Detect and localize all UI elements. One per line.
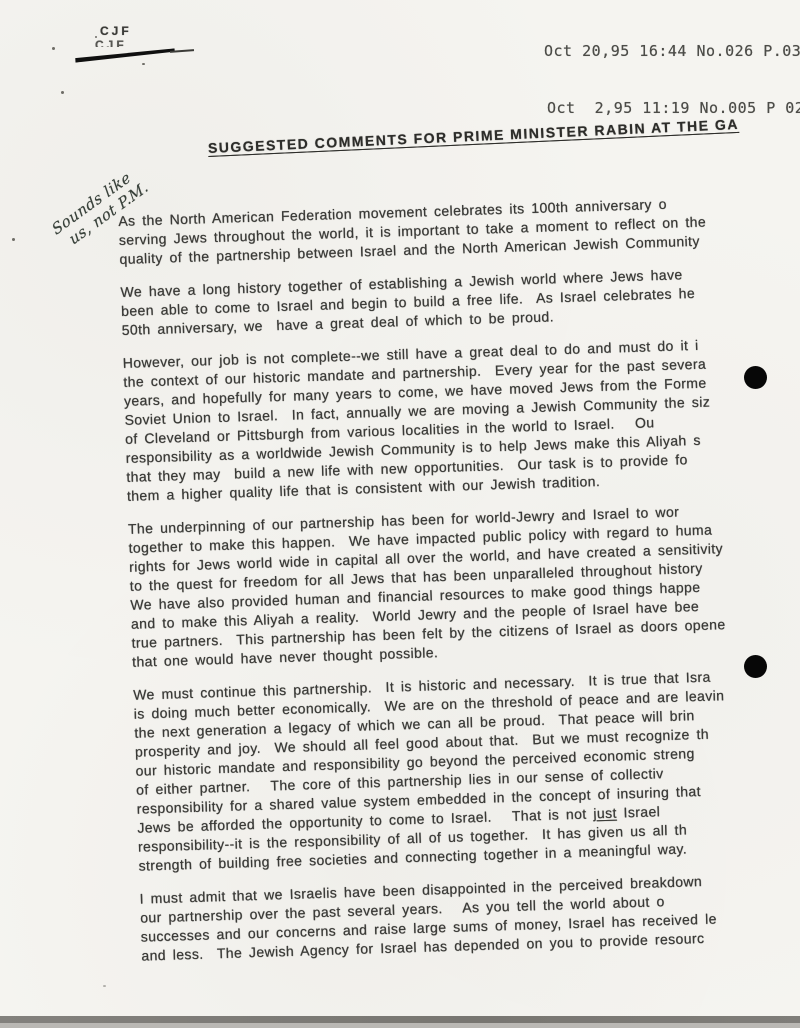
- cjf-stamp: CJF CJF: [100, 24, 132, 38]
- underlined-word: just: [593, 805, 617, 822]
- document-body: As the North American Federation movemen…: [118, 183, 800, 980]
- cjf-stamp-text: CJF: [100, 24, 132, 38]
- redaction-bar-tail: [170, 49, 194, 53]
- scan-bottom-margin: [0, 1023, 800, 1028]
- fax-header-line-2: Oct 2,95 11:19 No.005 P 02: [544, 99, 800, 118]
- scanned-fax-page: Oct 20,95 16:44 No.026 P.03 Oct 2,95 11:…: [0, 0, 800, 1028]
- paragraph: However, our job is not complete--we sti…: [122, 325, 800, 506]
- scan-noise-speck: [95, 36, 97, 38]
- scan-noise-speck: [142, 63, 145, 65]
- paragraph: The underpinning of our partnership has …: [128, 491, 800, 672]
- paragraph: I must admit that we Israelis have been …: [139, 861, 800, 966]
- scan-noise-speck: [61, 91, 64, 94]
- scan-noise-speck: [12, 238, 15, 241]
- hole-punch-dot-1: [744, 366, 767, 389]
- paragraph: We have a long history together of estab…: [120, 254, 800, 340]
- paragraph: We must continue this partnership. It is…: [133, 657, 800, 876]
- hole-punch-dot-2: [744, 655, 767, 678]
- scan-noise-speck: [103, 985, 106, 987]
- redaction-bar: [75, 47, 175, 62]
- scan-bottom-edge: [0, 1016, 800, 1023]
- scan-noise-speck: [52, 47, 55, 50]
- cjf-stamp-text-offset: CJF: [95, 38, 127, 47]
- paragraph: As the North American Federation movemen…: [118, 183, 800, 269]
- fax-header-line-1: Oct 20,95 16:44 No.026 P.03: [544, 42, 800, 61]
